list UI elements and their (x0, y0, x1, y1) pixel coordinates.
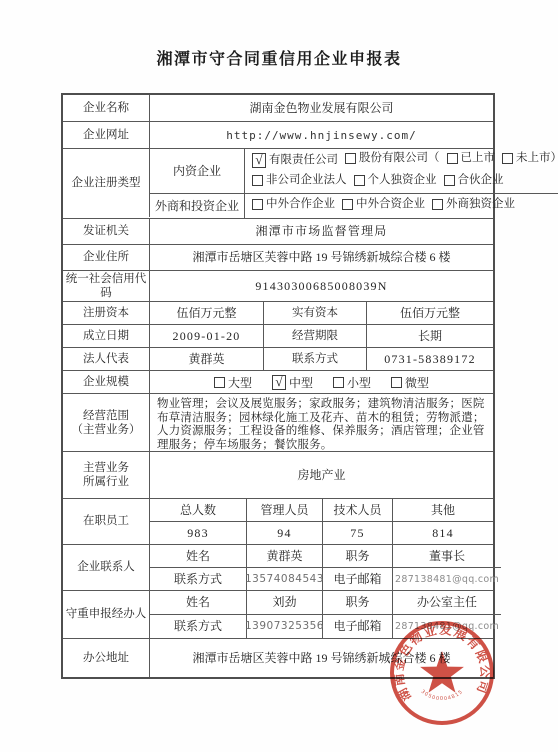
checkbox-option-label: 中外合作企业 (266, 195, 335, 214)
row-registered-capital: 注册资本 伍佰万元整 实有资本 伍佰万元整 (63, 302, 493, 325)
checkbox-option[interactable]: √中型 (272, 374, 313, 391)
checkbox-unchecked-icon[interactable] (502, 153, 513, 164)
label-business-scope: 经营范围 （主营业务） (63, 394, 150, 451)
checkbox-option-label: 微型 (405, 374, 429, 391)
value-issuing-authority: 湘潭市市场监督管理局 (150, 219, 493, 244)
label-handler-name: 姓名 (150, 591, 247, 614)
row-company-contact: 企业联系人 姓名 黄群英 职务 董事长 联系方式 13574084543 电子邮… (63, 545, 493, 591)
seal-star-icon (420, 651, 464, 693)
checkbox-group-company-scale[interactable]: 大型√中型小型微型 (150, 371, 493, 393)
label-registered-capital: 注册资本 (63, 302, 150, 324)
value-contact-position: 董事长 (393, 545, 501, 567)
application-form-table: 企业名称 湖南金色物业发展有限公司 企业网址 http://www.hnjins… (61, 93, 495, 679)
checkbox-option-label: 已上市 (461, 149, 496, 168)
row-legal-representative: 法人代表 黄群英 联系方式 0731-58389172 (63, 348, 493, 371)
row-issuing-authority: 发证机关 湘潭市市场监督管理局 (63, 219, 493, 245)
domestic-type-options: √有限责任公司股份有限公司（已上市未上市） 非公司企业法人个人独资企业合伙企业 (245, 149, 558, 193)
checkbox-option[interactable]: 微型 (391, 374, 429, 391)
label-business-scope-line1: 经营范围 (83, 409, 129, 423)
checkbox-option[interactable]: √有限责任公司 (252, 151, 338, 170)
label-company-contact: 企业联系人 (63, 545, 150, 590)
label-website: 企业网址 (63, 122, 150, 148)
value-industry: 房地产业 (150, 452, 493, 498)
checkbox-option[interactable]: 合伙企业 (444, 171, 504, 190)
checkbox-unchecked-icon[interactable] (447, 153, 458, 164)
row-industry: 主营业务 所属行业 房地产业 (63, 452, 493, 499)
label-contact-name: 姓名 (150, 545, 247, 567)
checkbox-option-label: 非公司企业法人 (266, 171, 347, 190)
checkbox-checked-icon[interactable]: √ (252, 153, 266, 168)
value-management-staff: 94 (247, 522, 323, 544)
label-business-scope-line2: （主营业务） (72, 423, 141, 437)
label-credit-code: 统一社会信用代码 (63, 271, 150, 301)
checkbox-option[interactable]: 中外合资企业 (342, 195, 425, 214)
label-industry-line2: 所属行业 (83, 475, 129, 489)
label-legal-representative: 法人代表 (63, 348, 150, 370)
checkbox-group-domestic-line1[interactable]: √有限责任公司股份有限公司（已上市未上市） (252, 149, 558, 171)
checkbox-unchecked-icon[interactable] (345, 153, 356, 164)
row-business-scope: 经营范围 （主营业务） 物业管理；会议及展览服务；家政服务；建筑物清洁服务；医院… (63, 394, 493, 452)
label-contact-email: 电子邮箱 (323, 568, 393, 590)
checkbox-option-label: 合伙企业 (458, 171, 504, 190)
checkbox-unchecked-icon[interactable] (391, 377, 402, 388)
checkbox-option[interactable]: 非公司企业法人 (252, 171, 347, 190)
checkbox-group-foreign[interactable]: 中外合作企业中外合资企业外商独资企业 (252, 195, 522, 217)
label-contact-position: 职务 (323, 545, 393, 567)
checkbox-group-domestic-line2[interactable]: 非公司企业法人个人独资企业合伙企业 (252, 171, 511, 193)
row-company-scale: 企业规模 大型√中型小型微型 (63, 371, 493, 394)
value-business-scope: 物业管理；会议及展览服务；家政服务；建筑物清洁服务；医院布草清洁服务；园林绿化施… (150, 394, 493, 451)
checkbox-checked-icon[interactable]: √ (272, 375, 286, 390)
header-management-staff: 管理人员 (247, 499, 323, 521)
label-handler-email: 电子邮箱 (323, 615, 393, 638)
checkbox-option[interactable]: 外商独资企业 (432, 195, 515, 214)
checkbox-unchecked-icon[interactable] (214, 377, 225, 388)
value-legal-rep-contact: 0731-58389172 (367, 348, 493, 370)
row-employees: 在职员工 总人数 管理人员 技术人员 其他 983 94 75 814 (63, 499, 493, 545)
row-company-name: 企业名称 湖南金色物业发展有限公司 (63, 95, 493, 122)
label-employees: 在职员工 (63, 499, 150, 544)
checkbox-option-label: 个人独资企业 (368, 171, 437, 190)
row-founding-date: 成立日期 2009-01-20 经营期限 长期 (63, 325, 493, 348)
label-handler-position: 职务 (323, 591, 393, 614)
company-seal: 湖南金色物业发展有限公司 4305000048153 (386, 617, 498, 729)
value-legal-representative: 黄群英 (150, 348, 264, 370)
checkbox-option[interactable]: 未上市） (502, 149, 558, 168)
label-industry: 主营业务 所属行业 (63, 452, 150, 498)
value-contact-name: 黄群英 (247, 545, 323, 567)
label-business-term: 经营期限 (264, 325, 367, 347)
row-credit-code: 统一社会信用代码 91430300685008039N (63, 271, 493, 302)
value-handler-position: 办公室主任 (393, 591, 501, 614)
value-contact-email: 287138481@qq.com (393, 568, 501, 590)
label-company-name: 企业名称 (63, 95, 150, 121)
value-company-address: 湘潭市岳塘区芙蓉中路 19 号锦绣新城综合楼 6 楼 (150, 245, 493, 270)
checkbox-option-label: 未上市） (516, 149, 558, 168)
label-office-address: 办公地址 (63, 639, 150, 677)
checkbox-option[interactable]: 股份有限公司（ (345, 149, 440, 168)
checkbox-unchecked-icon[interactable] (252, 175, 263, 186)
value-handler-phone: 13907325356 (247, 615, 323, 638)
row-website: 企业网址 http://www.hnjinsewy.com/ (63, 122, 493, 149)
checkbox-option-label: 股份有限公司（ (359, 149, 440, 168)
label-issuing-authority: 发证机关 (63, 219, 150, 244)
checkbox-option-label: 中外合资企业 (356, 195, 425, 214)
checkbox-option[interactable]: 小型 (333, 374, 371, 391)
checkbox-option-label: 小型 (347, 374, 371, 391)
label-contact-phone: 联系方式 (150, 568, 247, 590)
header-total-staff: 总人数 (150, 499, 247, 521)
label-founding-date: 成立日期 (63, 325, 150, 347)
checkbox-unchecked-icon[interactable] (252, 199, 263, 210)
value-credit-code: 91430300685008039N (150, 271, 493, 301)
value-registered-capital: 伍佰万元整 (150, 302, 264, 324)
label-industry-line1: 主营业务 (83, 461, 129, 475)
checkbox-unchecked-icon[interactable] (432, 199, 443, 210)
label-company-address: 企业住所 (63, 245, 150, 270)
value-other-staff: 814 (393, 522, 493, 544)
label-application-handler: 守重申报经办人 (63, 591, 150, 638)
header-technical-staff: 技术人员 (323, 499, 393, 521)
checkbox-unchecked-icon[interactable] (354, 175, 365, 186)
checkbox-option-label: 大型 (228, 374, 252, 391)
value-company-name: 湖南金色物业发展有限公司 (150, 95, 493, 121)
form-title: 湘潭市守合同重信用企业申报表 (0, 46, 558, 69)
row-company-address: 企业住所 湘潭市岳塘区芙蓉中路 19 号锦绣新城综合楼 6 楼 (63, 245, 493, 271)
label-handler-phone: 联系方式 (150, 615, 247, 638)
label-company-scale: 企业规模 (63, 371, 150, 393)
value-actual-capital: 伍佰万元整 (367, 302, 493, 324)
checkbox-unchecked-icon[interactable] (444, 175, 455, 186)
checkbox-option-label: 有限责任公司 (269, 151, 338, 170)
checkbox-option[interactable]: 中外合作企业 (252, 195, 335, 214)
value-business-term: 长期 (367, 325, 493, 347)
label-registration-type: 企业注册类型 (63, 149, 150, 217)
checkbox-option[interactable]: 已上市 (447, 149, 496, 168)
label-legal-rep-contact: 联系方式 (264, 348, 367, 370)
label-domestic-enterprise: 内资企业 (150, 149, 245, 193)
checkbox-option[interactable]: 大型 (214, 374, 252, 391)
checkbox-option[interactable]: 个人独资企业 (354, 171, 437, 190)
value-technical-staff: 75 (323, 522, 393, 544)
checkbox-unchecked-icon[interactable] (333, 377, 344, 388)
label-foreign-enterprise: 外商和投资企业 (150, 194, 245, 218)
value-founding-date: 2009-01-20 (150, 325, 264, 347)
row-registration-type: 企业注册类型 内资企业 √有限责任公司股份有限公司（已上市未上市） 非公司企业法… (63, 149, 493, 219)
value-contact-phone: 13574084543 (247, 568, 323, 590)
value-handler-name: 刘劲 (247, 591, 323, 614)
value-total-staff: 983 (150, 522, 247, 544)
header-other-staff: 其他 (393, 499, 493, 521)
checkbox-option-label: 中型 (289, 374, 313, 391)
label-actual-capital: 实有资本 (264, 302, 367, 324)
application-form-page: 湘潭市守合同重信用企业申报表 企业名称 湖南金色物业发展有限公司 企业网址 ht… (0, 0, 558, 752)
checkbox-option-label: 外商独资企业 (446, 195, 515, 214)
value-website: http://www.hnjinsewy.com/ (150, 122, 493, 148)
checkbox-unchecked-icon[interactable] (342, 199, 353, 210)
